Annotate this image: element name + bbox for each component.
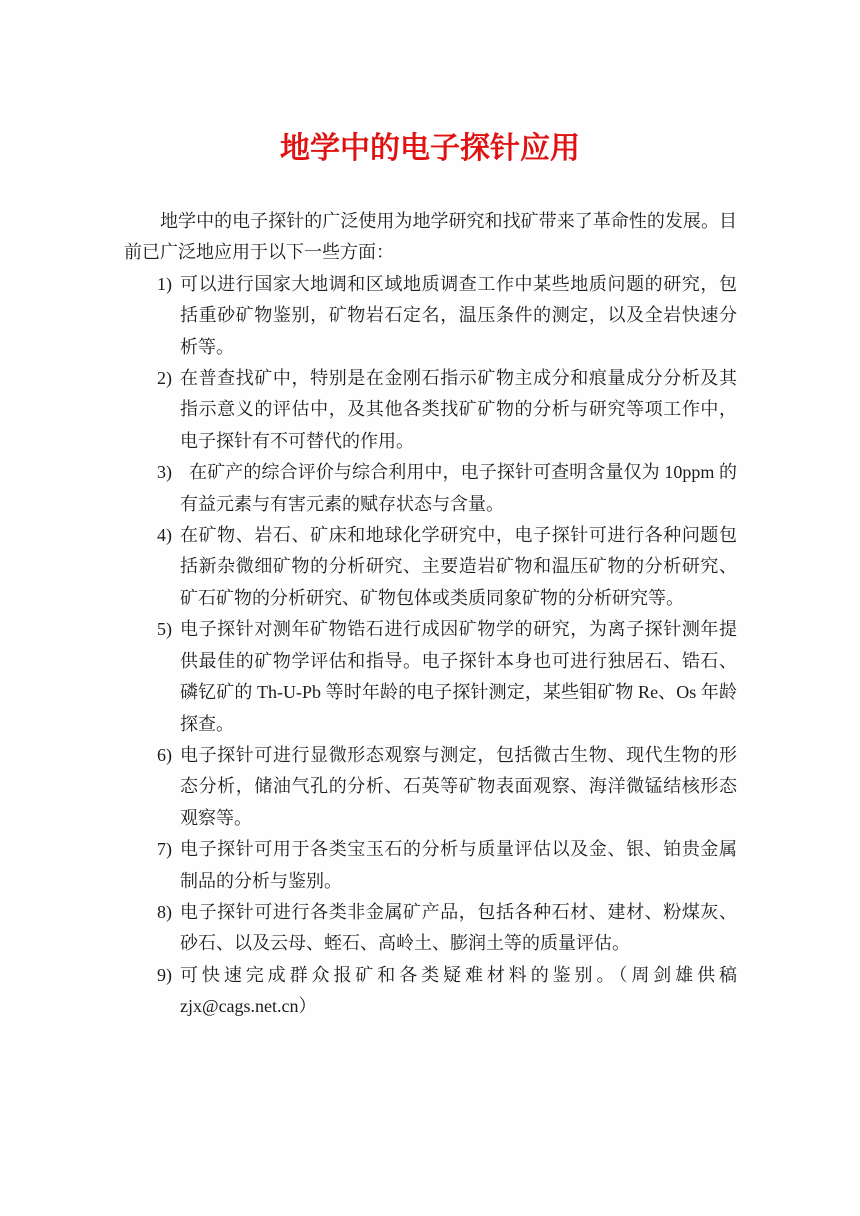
list-item-text: 电子探针对测年矿物锆石进行成因矿物学的研究，为离子探针测年提供最佳的矿物学评估和… — [180, 619, 737, 733]
list-item: 7)电子探针可用于各类宝玉石的分析与质量评估以及金、银、铂贵金属制品的分析与鉴别… — [124, 834, 737, 897]
list-item: 3) 在矿产的综合评价与综合利用中，电子探针可查明含量仅为 10ppm 的有益元… — [124, 457, 737, 520]
list-item-text: 在普查找矿中，特别是在金刚石指示矿物主成分和痕量成分分析及其指示意义的评估中，及… — [180, 368, 737, 451]
page-title: 地学中的电子探针应用 — [0, 129, 860, 169]
list-item-text: 可快速完成群众报矿和各类疑难材料的鉴别。（周剑雄供稿 zjx@cags.net.… — [180, 965, 737, 1016]
list-item: 9)可快速完成群众报矿和各类疑难材料的鉴别。（周剑雄供稿 zjx@cags.ne… — [124, 960, 737, 1023]
list-item-number: 5) — [157, 614, 172, 645]
list-item-text: 在矿产的综合评价与综合利用中，电子探针可查明含量仅为 10ppm 的有益元素与有… — [180, 462, 737, 513]
list-item-text: 在矿物、岩石、矿床和地球化学研究中，电子探针可进行各种问题包括新杂微细矿物的分析… — [180, 525, 737, 608]
list-item-number: 6) — [157, 740, 172, 771]
list-item-number: 7) — [157, 834, 172, 865]
list-item: 4)在矿物、岩石、矿床和地球化学研究中，电子探针可进行各种问题包括新杂微细矿物的… — [124, 520, 737, 614]
list-item-number: 1) — [157, 269, 172, 300]
list-item-text: 可以进行国家大地调和区域地质调查工作中某些地质问题的研究，包括重砂矿物鉴别，矿物… — [180, 274, 737, 357]
list-item: 1)可以进行国家大地调和区域地质调查工作中某些地质问题的研究，包括重砂矿物鉴别，… — [124, 269, 737, 363]
list-item: 6)电子探针可进行显微形态观察与测定，包括微古生物、现代生物的形态分析，储油气孔… — [124, 740, 737, 834]
list-item-text: 电子探针可进行各类非金属矿产品，包括各种石材、建材、粉煤灰、砂石、以及云母、蛭石… — [180, 902, 737, 953]
document-body: 地学中的电子探针的广泛使用为地学研究和找矿带来了革命性的发展。目前已广泛地应用于… — [124, 206, 737, 1023]
list-item-text: 电子探针可用于各类宝玉石的分析与质量评估以及金、银、铂贵金属制品的分析与鉴别。 — [180, 839, 737, 890]
list-item-number: 9) — [157, 960, 172, 991]
list-item-number: 2) — [157, 363, 172, 394]
intro-paragraph: 地学中的电子探针的广泛使用为地学研究和找矿带来了革命性的发展。目前已广泛地应用于… — [124, 206, 737, 269]
list-item: 2)在普查找矿中，特别是在金刚石指示矿物主成分和痕量成分分析及其指示意义的评估中… — [124, 363, 737, 457]
list-item-number: 4) — [157, 520, 172, 551]
list-item-number: 8) — [157, 897, 172, 928]
list-item: 5)电子探针对测年矿物锆石进行成因矿物学的研究，为离子探针测年提供最佳的矿物学评… — [124, 614, 737, 740]
list-item-number: 3) — [157, 457, 172, 488]
applications-list: 1)可以进行国家大地调和区域地质调查工作中某些地质问题的研究，包括重砂矿物鉴别，… — [124, 269, 737, 1023]
document-page: 地学中的电子探针应用 地学中的电子探针的广泛使用为地学研究和找矿带来了革命性的发… — [0, 0, 860, 1216]
list-item-text: 电子探针可进行显微形态观察与测定，包括微古生物、现代生物的形态分析，储油气孔的分… — [180, 745, 737, 828]
list-item: 8)电子探针可进行各类非金属矿产品，包括各种石材、建材、粉煤灰、砂石、以及云母、… — [124, 897, 737, 960]
